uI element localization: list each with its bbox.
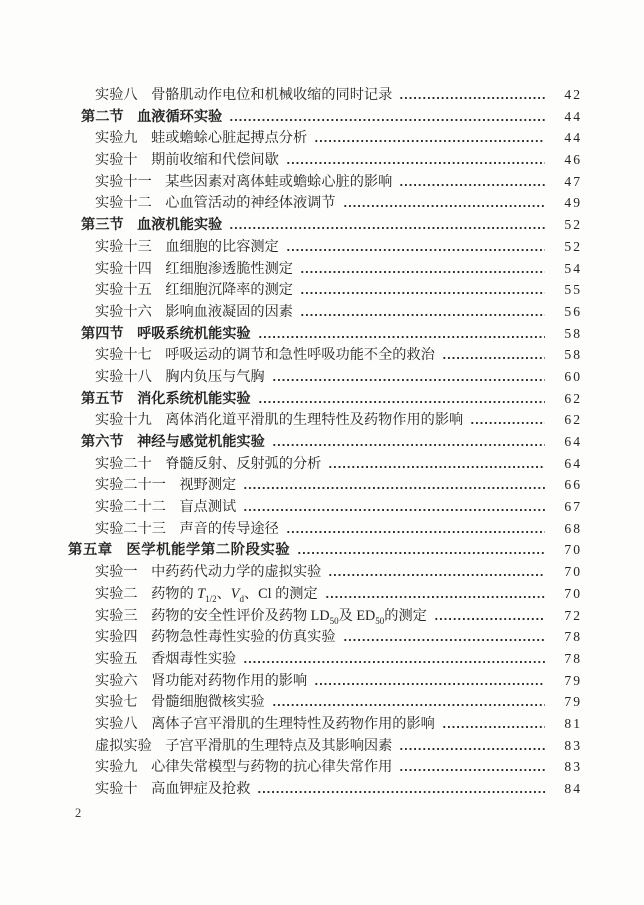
toc-entry-title: 红细胞渗透脆性测定 [165, 259, 293, 281]
toc-entry-label: 第四节 [81, 324, 124, 346]
toc-entry-title: 期前收缩和代偿间歇 [151, 150, 279, 172]
italic-symbol: T [197, 586, 205, 602]
toc-entry-page: 67 [552, 496, 582, 518]
toc-entry-title: 骨骼肌动作电位和机械收缩的同时记录 [151, 85, 392, 107]
toc-entry-page: 47 [552, 171, 582, 193]
dot-leader [272, 378, 545, 382]
toc-entry-page: 46 [552, 149, 582, 171]
dot-leader [243, 660, 545, 664]
toc-entry-page: 70 [552, 583, 582, 605]
toc-entry-page: 58 [552, 344, 582, 366]
toc-entry: 实验十期前收缩和代偿间歇46 [68, 149, 580, 171]
toc-entry-title: 离体消化道平滑肌的生理特性及药物作用的影响 [165, 410, 463, 432]
toc-entry-page: 64 [552, 453, 582, 475]
toc-entry-label: 实验二十三 [95, 519, 166, 541]
toc-entry-title: 影响血液凝固的因素 [165, 302, 293, 324]
toc-entry-title: 血液机能实验 [137, 215, 222, 237]
toc-entry-title: 盲点测试 [179, 497, 236, 519]
toc-entry-page: 78 [552, 626, 582, 648]
toc-entry-label: 实验一 [95, 562, 138, 584]
dot-leader [300, 270, 545, 274]
toc-entry: 实验十七呼吸运动的调节和急性呼吸功能不全的救治58 [68, 344, 580, 366]
toc-entry: 实验八离体子宫平滑肌的生理特性及药物作用的影响81 [68, 713, 580, 735]
dot-leader [300, 291, 545, 295]
toc-entry-title: 脊髓反射、反射弧的分析 [165, 454, 321, 476]
toc-entry-page: 70 [552, 561, 582, 583]
dot-leader [442, 356, 545, 360]
toc-entry: 实验十五红细胞沉降率的测定55 [68, 279, 580, 301]
toc-entry-title: 某些因素对离体蛙或蟾蜍心脏的影响 [165, 172, 392, 194]
toc-entry-title: 高血钾症及抢救 [151, 779, 250, 801]
subscript: 50 [375, 615, 384, 625]
toc-entry-title: 消化系统机能实验 [137, 389, 251, 411]
toc-entry-page: 52 [552, 236, 582, 258]
toc-entry: 第六节神经与感觉机能实验64 [68, 431, 580, 453]
toc-entry: 实验十九离体消化道平滑肌的生理特性及药物作用的影响62 [68, 409, 580, 431]
toc-entry-label: 实验十七 [95, 345, 152, 367]
toc-entry: 第四节呼吸系统机能实验58 [68, 323, 580, 345]
toc-entry: 实验二十一视野测定66 [68, 474, 580, 496]
toc-entry-page: 44 [552, 127, 582, 149]
toc-entry-title: 血细胞的比容测定 [165, 237, 279, 259]
toc-entry-page: 62 [552, 388, 582, 410]
toc-entry: 第二节血液循环实验44 [68, 106, 580, 128]
toc-entry-title: 红细胞沉降率的测定 [165, 280, 293, 302]
toc-entry-title: 药物急性毒性实验的仿真实验 [151, 627, 335, 649]
toc-entry: 实验十三血细胞的比容测定52 [68, 236, 580, 258]
dot-leader [470, 421, 545, 425]
toc-entry-label: 实验十九 [95, 410, 152, 432]
toc-entry-label: 实验六 [95, 671, 138, 693]
toc-entry-label: 实验十四 [95, 259, 152, 281]
table-of-contents: 实验八骨骼肌动作电位和机械收缩的同时记录42第二节血液循环实验44实验九蛙或蟾蜍… [68, 84, 580, 800]
toc-entry-title: 声音的传导途径 [179, 519, 278, 541]
toc-entry-page: 54 [552, 258, 582, 280]
toc-entry: 实验十高血钾症及抢救84 [68, 778, 580, 800]
toc-entry-title: 神经与感觉机能实验 [137, 432, 265, 454]
dot-leader [272, 703, 545, 707]
toc-entry-page: 83 [552, 756, 582, 778]
toc-entry-page: 81 [552, 713, 582, 735]
subscript: d [239, 594, 244, 604]
toc-entry-page: 60 [552, 366, 582, 388]
dot-leader [297, 551, 545, 555]
toc-entry: 实验二十三声音的传导途径68 [68, 518, 580, 540]
toc-entry-title: 香烟毒性实验 [151, 649, 236, 671]
toc-entry: 实验九心律失常模型与药物的抗心律失常作用83 [68, 756, 580, 778]
toc-entry: 实验二十脊髓反射、反射弧的分析64 [68, 453, 580, 475]
document-page: 实验八骨骼肌动作电位和机械收缩的同时记录42第二节血液循环实验44实验九蛙或蟾蜍… [0, 0, 644, 905]
toc-entry: 虚拟实验子宫平滑肌的生理特点及其影响因素83 [68, 735, 580, 757]
dot-leader [399, 96, 545, 100]
toc-entry-label: 实验十六 [95, 302, 152, 324]
dot-leader [325, 595, 545, 599]
toc-entry: 实验五香烟毒性实验78 [68, 648, 580, 670]
toc-entry-label: 实验十三 [95, 237, 152, 259]
dot-leader [328, 573, 545, 577]
dot-leader [434, 617, 545, 621]
toc-entry-page: 72 [552, 605, 582, 627]
dot-leader [229, 118, 545, 122]
toc-entry-label: 实验二十一 [95, 475, 166, 497]
toc-entry-page: 84 [552, 778, 582, 800]
toc-entry-label: 虚拟实验 [95, 736, 152, 758]
dot-leader [286, 161, 545, 165]
toc-entry-label: 实验十一 [95, 172, 152, 194]
toc-entry-page: 62 [552, 409, 582, 431]
toc-entry-label: 第三节 [81, 215, 124, 237]
toc-entry-title: 离体子宫平滑肌的生理特性及药物作用的影响 [151, 714, 435, 736]
toc-entry: 第五章医学机能学第二阶段实验70 [68, 539, 580, 561]
toc-entry-title: 子宫平滑肌的生理特点及其影响因素 [165, 736, 392, 758]
dot-leader [442, 725, 545, 729]
toc-entry-label: 实验二十 [95, 454, 152, 476]
toc-entry-page: 64 [552, 431, 582, 453]
footer-page-number: 2 [75, 806, 82, 821]
dot-leader [300, 313, 545, 317]
toc-entry-label: 第六节 [81, 432, 124, 454]
subscript: 50 [330, 615, 339, 625]
toc-entry-label: 实验七 [95, 692, 138, 714]
toc-entry-title: 胸内负压与气胸 [165, 367, 264, 389]
toc-entry-title: 心律失常模型与药物的抗心律失常作用 [151, 757, 392, 779]
toc-entry-page: 44 [552, 106, 582, 128]
toc-entry-page: 68 [552, 518, 582, 540]
toc-entry-title: 呼吸系统机能实验 [137, 324, 251, 346]
toc-entry-page: 66 [552, 474, 582, 496]
toc-entry-label: 实验十八 [95, 367, 152, 389]
toc-entry-page: 56 [552, 301, 582, 323]
toc-entry: 实验八骨骼肌动作电位和机械收缩的同时记录42 [68, 84, 580, 106]
toc-entry-page: 78 [552, 648, 582, 670]
toc-entry-page: 70 [552, 539, 582, 561]
toc-entry-title: 呼吸运动的调节和急性呼吸功能不全的救治 [165, 345, 435, 367]
dot-leader [399, 747, 545, 751]
toc-entry: 实验六肾功能对药物作用的影响79 [68, 670, 580, 692]
toc-entry-page: 49 [552, 192, 582, 214]
toc-entry-label: 实验四 [95, 627, 138, 649]
toc-entry-label: 第五节 [81, 389, 124, 411]
toc-entry: 实验九蛙或蟾蜍心脏起搏点分析44 [68, 127, 580, 149]
toc-entry: 实验四药物急性毒性实验的仿真实验78 [68, 626, 580, 648]
toc-entry-title: 医学机能学第二阶段实验 [126, 540, 290, 562]
toc-entry: 实验三药物的安全性评价及药物 LD50及 ED50的测定 72 [68, 605, 580, 627]
dot-leader [328, 465, 545, 469]
toc-entry-label: 实验二十二 [95, 497, 166, 519]
toc-entry: 实验七骨髓细胞微核实验79 [68, 691, 580, 713]
toc-entry-label: 实验五 [95, 649, 138, 671]
dot-leader [258, 400, 545, 404]
toc-entry-page: 79 [552, 691, 582, 713]
toc-entry-title: 肾功能对药物作用的影响 [151, 671, 307, 693]
dot-leader [272, 443, 545, 447]
toc-entry-title: 药物的 T1/2、Vd、Cl 的测定 [151, 584, 318, 606]
toc-entry: 实验十六影响血液凝固的因素56 [68, 301, 580, 323]
toc-entry-title: 骨髓细胞微核实验 [151, 692, 265, 714]
dot-leader [343, 204, 545, 208]
toc-entry: 实验十一某些因素对离体蛙或蟾蜍心脏的影响47 [68, 171, 580, 193]
toc-entry-label: 实验十 [95, 779, 138, 801]
toc-entry-page: 83 [552, 735, 582, 757]
toc-entry: 实验十八胸内负压与气胸60 [68, 366, 580, 388]
toc-entry-title: 中药药代动力学的虚拟实验 [151, 562, 321, 584]
toc-entry-label: 实验二 [95, 584, 138, 606]
toc-entry-label: 实验十二 [95, 193, 152, 215]
dot-leader [286, 530, 545, 534]
dot-leader [286, 248, 545, 252]
toc-entry: 实验十二心血管活动的神经体液调节49 [68, 192, 580, 214]
toc-entry: 实验二药物的 T1/2、Vd、Cl 的测定70 [68, 583, 580, 605]
toc-entry: 实验十四红细胞渗透脆性测定54 [68, 258, 580, 280]
toc-entry-label: 实验十 [95, 150, 138, 172]
toc-entry: 实验一中药药代动力学的虚拟实验70 [68, 561, 580, 583]
dot-leader [314, 682, 545, 686]
toc-entry-label: 实验九 [95, 128, 138, 150]
dot-leader [258, 335, 545, 339]
toc-entry-label: 第二节 [81, 107, 124, 129]
toc-entry-title: 药物的安全性评价及药物 LD50及 ED50的测定 [151, 606, 427, 628]
toc-entry-title: 血液循环实验 [137, 107, 222, 129]
toc-entry: 第三节血液机能实验52 [68, 214, 580, 236]
toc-entry-page: 58 [552, 323, 582, 345]
dot-leader [343, 638, 545, 642]
toc-entry-label: 实验十五 [95, 280, 152, 302]
dot-leader [243, 486, 545, 490]
dot-leader [399, 768, 545, 772]
toc-entry-title: 蛙或蟾蜍心脏起搏点分析 [151, 128, 307, 150]
toc-entry-page: 42 [552, 84, 582, 106]
toc-entry-label: 实验八 [95, 85, 138, 107]
toc-entry: 第五节消化系统机能实验62 [68, 388, 580, 410]
dot-leader [314, 139, 545, 143]
dot-leader [399, 183, 545, 187]
toc-entry-title: 视野测定 [179, 475, 236, 497]
toc-entry: 实验二十二盲点测试67 [68, 496, 580, 518]
toc-entry-label: 实验八 [95, 714, 138, 736]
toc-entry-label: 第五章 [68, 540, 113, 562]
toc-entry-page: 79 [552, 670, 582, 692]
toc-entry-label: 实验三 [95, 606, 138, 628]
toc-entry-page: 52 [552, 214, 582, 236]
dot-leader [243, 508, 545, 512]
dot-leader [229, 226, 545, 230]
toc-entry-title: 心血管活动的神经体液调节 [165, 193, 335, 215]
subscript: 1/2 [205, 594, 217, 604]
dot-leader [257, 790, 545, 794]
toc-entry-label: 实验九 [95, 757, 138, 779]
toc-entry-page: 55 [552, 279, 582, 301]
